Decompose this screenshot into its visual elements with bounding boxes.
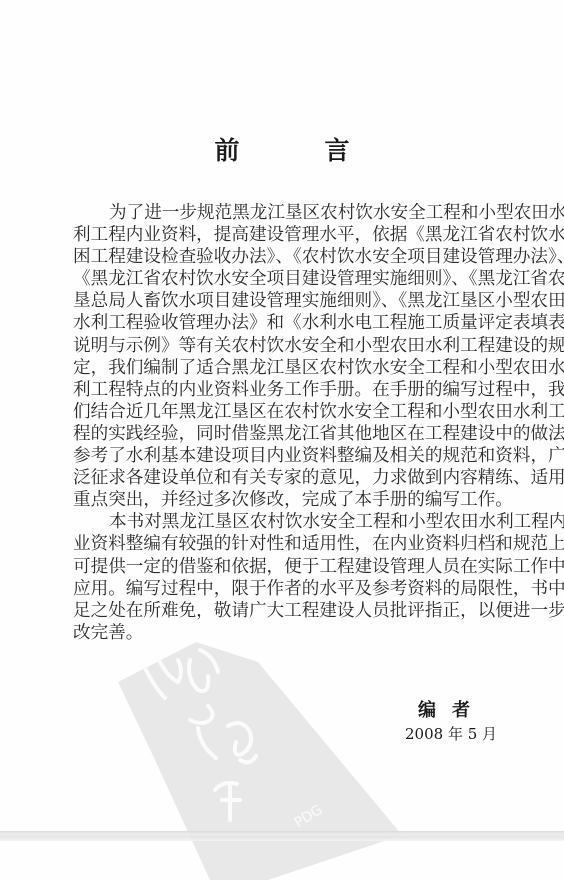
paragraph-line: 困工程建设检查验收办法》、《农村饮水安全项目建设管理办法》、 [73, 246, 509, 268]
paragraph-line: 定，我们编制了适合黑龙江垦区农村饮水安全工程和小型农田水 [73, 357, 509, 379]
paragraph-line: 《黑龙江省农村饮水安全项目建设管理实施细则》、《黑龙江省农 [73, 268, 509, 290]
paragraph-line: 重点突出，并经过多次修改，完成了本手册的编写工作。 [73, 489, 509, 511]
paragraph-line: 垦总局人畜饮水项目建设管理实施细则》、《黑龙江垦区小型农田 [73, 290, 509, 312]
paragraph-line: 泛征求各建设单位和有关专家的意见，力求做到内容精练、适用， [73, 467, 509, 489]
paragraph-line: 足之处在所难免，敬请广大工程建设人员批评指正，以便进一步修 [73, 600, 509, 622]
preface-body: 为了进一步规范黑龙江垦区农村饮水安全工程和小型农田水 利工程内业资料，提高建设管… [73, 202, 509, 644]
scan-artifact-band [0, 831, 564, 841]
paragraph-line: 改完善。 [73, 622, 509, 644]
watermark-text: PDG [292, 802, 326, 832]
page-title: 前 言 [0, 135, 564, 167]
paragraph-line: 程的实践经验，同时借鉴黑龙江省其他地区在工程建设中的做法， [73, 423, 509, 445]
paragraph-line: 利工程特点的内业资料业务工作手册。在手册的编写过程中，我 [73, 379, 509, 401]
signature-date: 2008 年 5 月 [405, 724, 497, 744]
paragraph-line: 为了进一步规范黑龙江垦区农村饮水安全工程和小型农田水 [73, 202, 509, 224]
paragraph-line: 参考了水利基本建设项目内业资料整编及相关的规范和资料，广 [73, 445, 509, 467]
paragraph-line: 们结合近几年黑龙江垦区在农村饮水安全工程和小型农田水利工 [73, 401, 509, 423]
paragraph-line: 可提供一定的借鉴和依据，便于工程建设管理人员在实际工作中 [73, 556, 509, 578]
paragraph-line: 本书对黑龙江垦区农村饮水安全工程和小型农田水利工程内 [73, 511, 509, 533]
paragraph-line: 业资料整编有较强的针对性和适用性，在内业资料归档和规范上 [73, 533, 509, 555]
signature-author: 编者 [418, 699, 474, 723]
paragraph-line: 应用。编写过程中，限于作者的水平及参考资料的局限性，书中不 [73, 578, 509, 600]
paragraph-line: 利工程内业资料，提高建设管理水平，依据《黑龙江省农村饮水解 [73, 224, 509, 246]
paragraph-line: 水利工程验收管理办法》和《水利水电工程施工质量评定表填表 [73, 312, 509, 334]
paragraph-line: 说明与示例》等有关农村饮水安全和小型农田水利工程建设的规 [73, 335, 509, 357]
